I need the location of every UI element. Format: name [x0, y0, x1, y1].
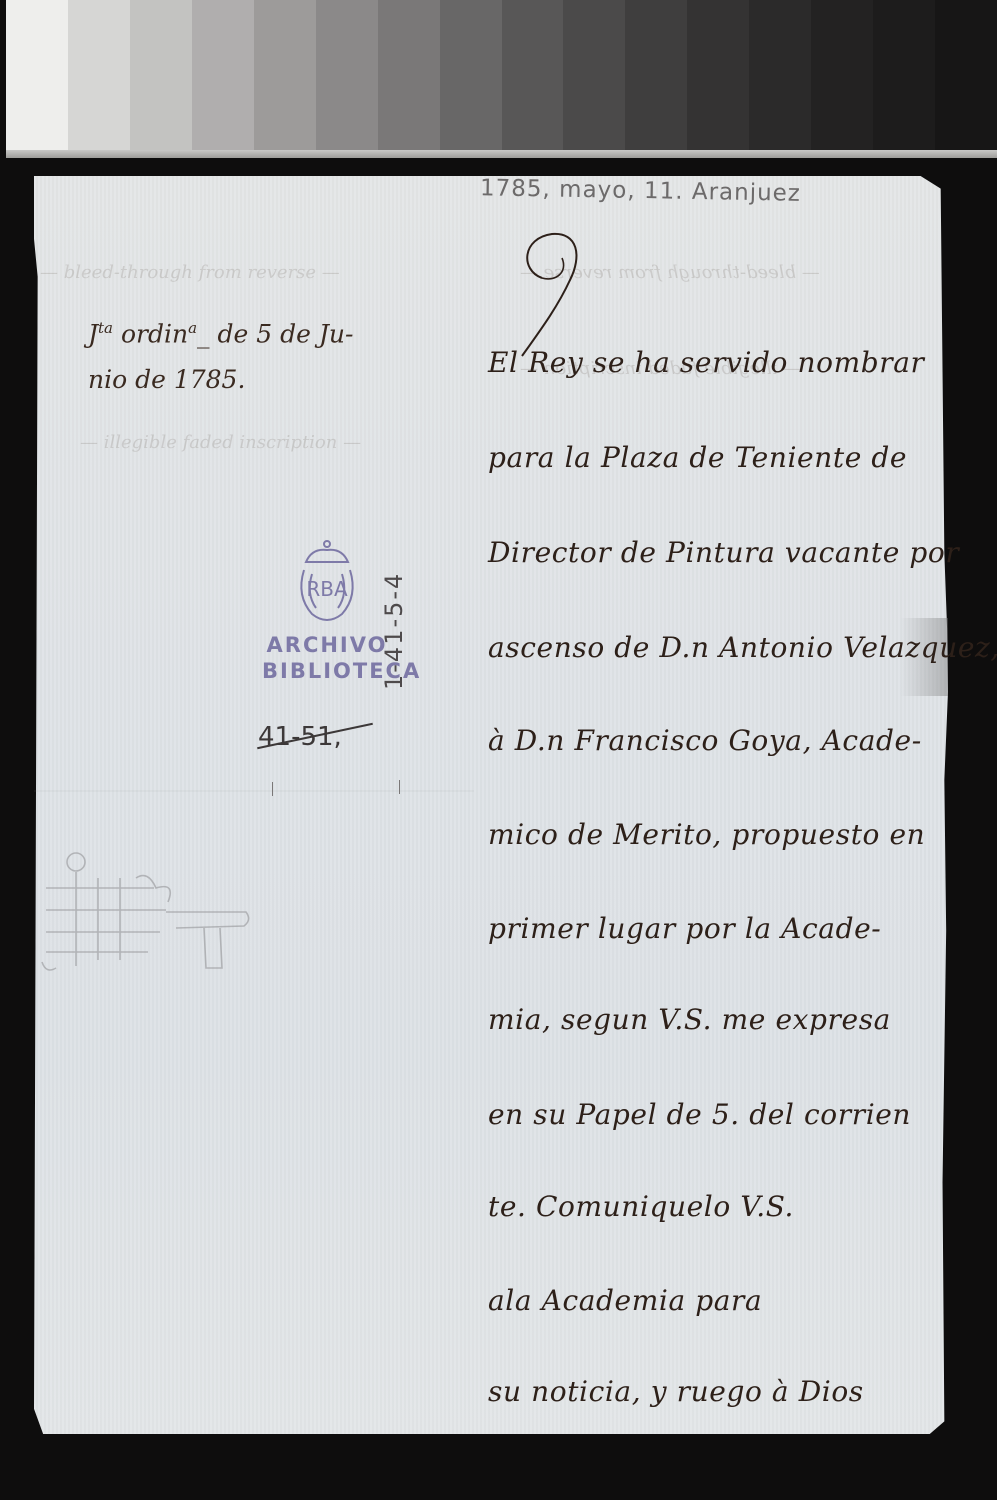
stamp-line-biblioteca: BIBLIOTECA	[262, 658, 392, 684]
body-line: à D.n Francisco Goya, Acade-	[488, 724, 922, 757]
calibration-patch	[873, 0, 935, 152]
body-line: para la Plaza de Teniente de	[488, 441, 907, 474]
stamp-line-archivo: ARCHIVO	[262, 632, 392, 658]
calibration-patch	[811, 0, 873, 152]
calibration-patch	[68, 0, 130, 152]
margin-note-line-2: nio de 1785.	[88, 357, 353, 403]
pencil-tick-mark	[272, 782, 273, 796]
body-line: te. Comuniquelo V.S.	[488, 1190, 794, 1223]
body-line: en su Papel de 5. del corrien	[488, 1098, 911, 1131]
calibration-patch	[687, 0, 749, 152]
shelfmark-vertical: 1-41-5-4	[380, 572, 408, 690]
calibration-patch	[130, 0, 192, 152]
calibration-patch	[563, 0, 625, 152]
body-line: ala Academia para	[488, 1284, 762, 1317]
calibration-patch	[749, 0, 811, 152]
calibration-patch	[440, 0, 502, 152]
body-line: mico de Merito, propuesto en	[488, 818, 925, 851]
paper-crease	[34, 790, 474, 792]
archive-stamp: RBA ARCHIVO BIBLIOTECA	[262, 540, 392, 684]
body-line: su noticia, y ruego à Dios	[488, 1375, 864, 1408]
body-line: Director de Pintura vacante por	[488, 536, 959, 569]
calibration-patch	[935, 0, 997, 152]
calibration-patch	[6, 0, 68, 152]
calibration-patch	[502, 0, 564, 152]
calibration-patch	[316, 0, 378, 152]
bleed-through-text: — illegible faded inscription —	[80, 432, 361, 453]
calibration-patch	[625, 0, 687, 152]
calibration-strip-edge	[6, 150, 997, 158]
bleed-through-text: — bleed-through from reverse —	[40, 262, 340, 283]
pointing-hand-doodle-icon	[36, 848, 251, 978]
pencil-tick-mark	[399, 780, 400, 794]
body-line: ascenso de D.n Antonio Velazquez,	[488, 631, 997, 664]
pencil-date-annotation: 1785, mayo, 11. Aranjuez	[480, 175, 801, 207]
calibration-patch	[378, 0, 440, 152]
body-line: primer lugar por la Acade-	[488, 912, 881, 945]
crown-crest-icon: RBA	[292, 540, 362, 632]
grayscale-calibration-strip	[6, 0, 997, 152]
calibration-patch	[192, 0, 254, 152]
body-line: mia, segun V.S. me expresa	[488, 1003, 891, 1036]
body-line: El Rey se ha servido nombrar	[488, 346, 925, 379]
calibration-patch	[254, 0, 316, 152]
margin-note-line-1: Jta ordina_ de 5 de Ju-	[88, 305, 353, 357]
margin-note: Jta ordina_ de 5 de Ju- nio de 1785.	[88, 305, 353, 403]
svg-text:RBA: RBA	[306, 577, 348, 601]
